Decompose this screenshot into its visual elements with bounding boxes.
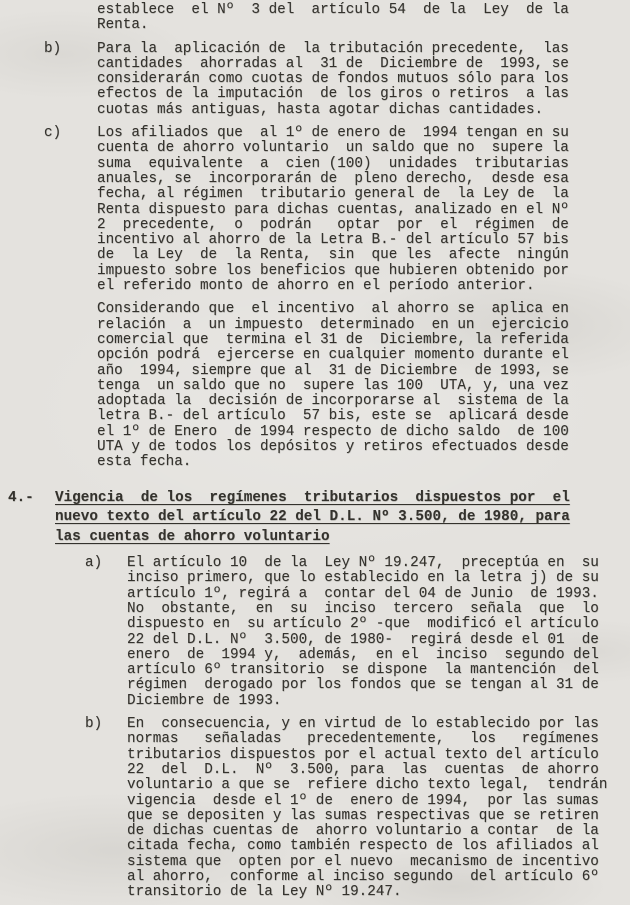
section-number: 4.- bbox=[8, 489, 34, 509]
document-body: establece el Nº 3 del artículo 54 de la … bbox=[0, 0, 630, 901]
considerando-paragraph: Considerando que el incentivo al ahorro … bbox=[0, 302, 630, 470]
item-text: Los afiliados que al 1º de enero de 1994… bbox=[97, 126, 630, 294]
item-text: El artículo 10 de la Ley Nº 19.247, prec… bbox=[127, 556, 630, 709]
paragraph-text: establece el Nº 3 del artículo 54 de la … bbox=[97, 3, 630, 34]
paragraph-text: Considerando que el incentivo al ahorro … bbox=[97, 302, 630, 470]
item-label: c) bbox=[44, 126, 61, 141]
item-a-section4: a) El artículo 10 de la Ley Nº 19.247, p… bbox=[0, 556, 630, 709]
item-label: a) bbox=[85, 556, 102, 571]
item-text: En consecuencia, y en virtud de lo estab… bbox=[127, 717, 630, 901]
section-4-heading: 4.- Vigencia de los regímenes tributario… bbox=[0, 489, 630, 548]
item-c-section3: c) Los afiliados que al 1º de enero de 1… bbox=[0, 126, 630, 294]
item-text: Para la aplicación de la tributación pre… bbox=[97, 42, 630, 118]
section-title: Vigencia de los regímenes tributarios di… bbox=[55, 489, 630, 548]
item-label: b) bbox=[85, 717, 102, 732]
page: establece el Nº 3 del artículo 54 de la … bbox=[0, 0, 630, 905]
continuation-paragraph: establece el Nº 3 del artículo 54 de la … bbox=[0, 3, 630, 34]
item-label: b) bbox=[44, 42, 61, 57]
item-b-section4: b) En consecuencia, y en virtud de lo es… bbox=[0, 717, 630, 901]
item-b-section3: b) Para la aplicación de la tributación … bbox=[0, 42, 630, 118]
